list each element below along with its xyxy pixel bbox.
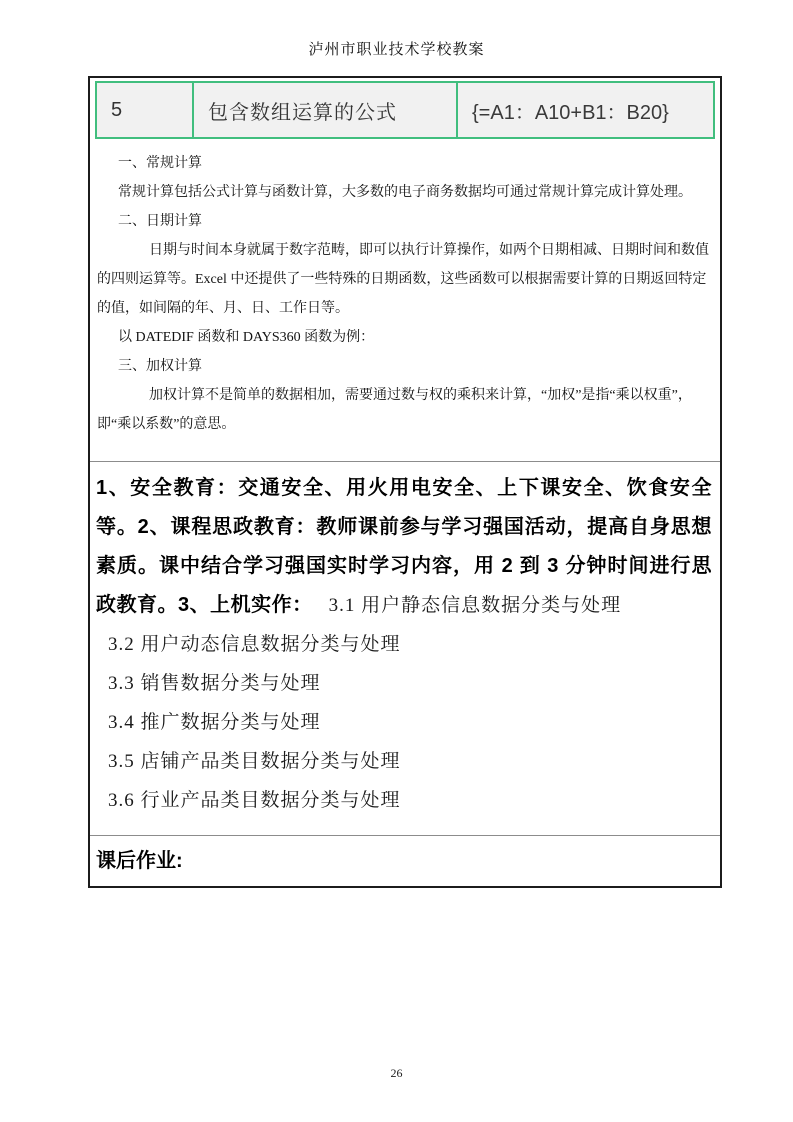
- note-body-weighted-calc: 加权计算不是简单的数据相加，需要通过数与权的乘积来计算，“加权”是指“乘以权重”…: [97, 381, 712, 439]
- note-datedif-example: 以 DATEDIF 函数和 DAYS360 函数为例：: [97, 323, 712, 352]
- note-body-date-calc: 日期与时间本身就属于数字范畴，即可以执行计算操作，如两个日期相减、日期时间和数值…: [97, 236, 712, 323]
- safety-education-paragraph: 1、安全教育：交通安全、用火用电安全、上下课安全、饮食安全等。2、课程思政教育：…: [96, 469, 712, 625]
- homework-section: 课后作业:: [90, 836, 720, 886]
- document-header-title: 泸州市职业技术学校教案: [0, 38, 793, 59]
- formula-description-cell: 包含数组运算的公式: [194, 83, 458, 137]
- practice-item-3-4: 3.4 推广数据分类与处理: [96, 703, 712, 742]
- practice-item-3-3: 3.3 销售数据分类与处理: [96, 664, 712, 703]
- lesson-plan-table: 5 包含数组运算的公式 {=A1：A10+B1：B20} 一、常规计算 常规计算…: [88, 76, 722, 888]
- homework-label: 课后作业:: [96, 850, 183, 872]
- row-number-cell: 5: [97, 83, 194, 137]
- table-header-row: 5 包含数组运算的公式 {=A1：A10+B1：B20}: [95, 81, 715, 139]
- page-number: 26: [0, 1066, 793, 1081]
- safety-education-section: 1、安全教育：交通安全、用火用电安全、上下课安全、饮食安全等。2、课程思政教育：…: [90, 461, 720, 836]
- note-heading-date-calc: 二、日期计算: [97, 207, 712, 236]
- practice-item-3-2: 3.2 用户动态信息数据分类与处理: [96, 625, 712, 664]
- note-heading-weighted-calc: 三、加权计算: [97, 352, 712, 381]
- formula-example-cell: {=A1：A10+B1：B20}: [458, 83, 713, 137]
- note-body-regular-calc: 常规计算包括公式计算与函数计算，大多数的电子商务数据均可通过常规计算完成计算处理…: [97, 178, 712, 207]
- row-number: 5: [111, 99, 122, 122]
- formula-description: 包含数组运算的公式: [208, 96, 397, 125]
- note-heading-regular-calc: 一、常规计算: [97, 149, 712, 178]
- calculation-notes-section: 一、常规计算 常规计算包括公式计算与函数计算，大多数的电子商务数据均可通过常规计…: [90, 139, 720, 461]
- formula-example: {=A1：A10+B1：B20}: [472, 96, 669, 125]
- practice-item-3-6: 3.6 行业产品类目数据分类与处理: [96, 781, 712, 820]
- practice-item-3-1: 3.1 用户静态信息数据分类与处理: [329, 595, 622, 616]
- practice-item-3-5: 3.5 店铺产品类目数据分类与处理: [96, 742, 712, 781]
